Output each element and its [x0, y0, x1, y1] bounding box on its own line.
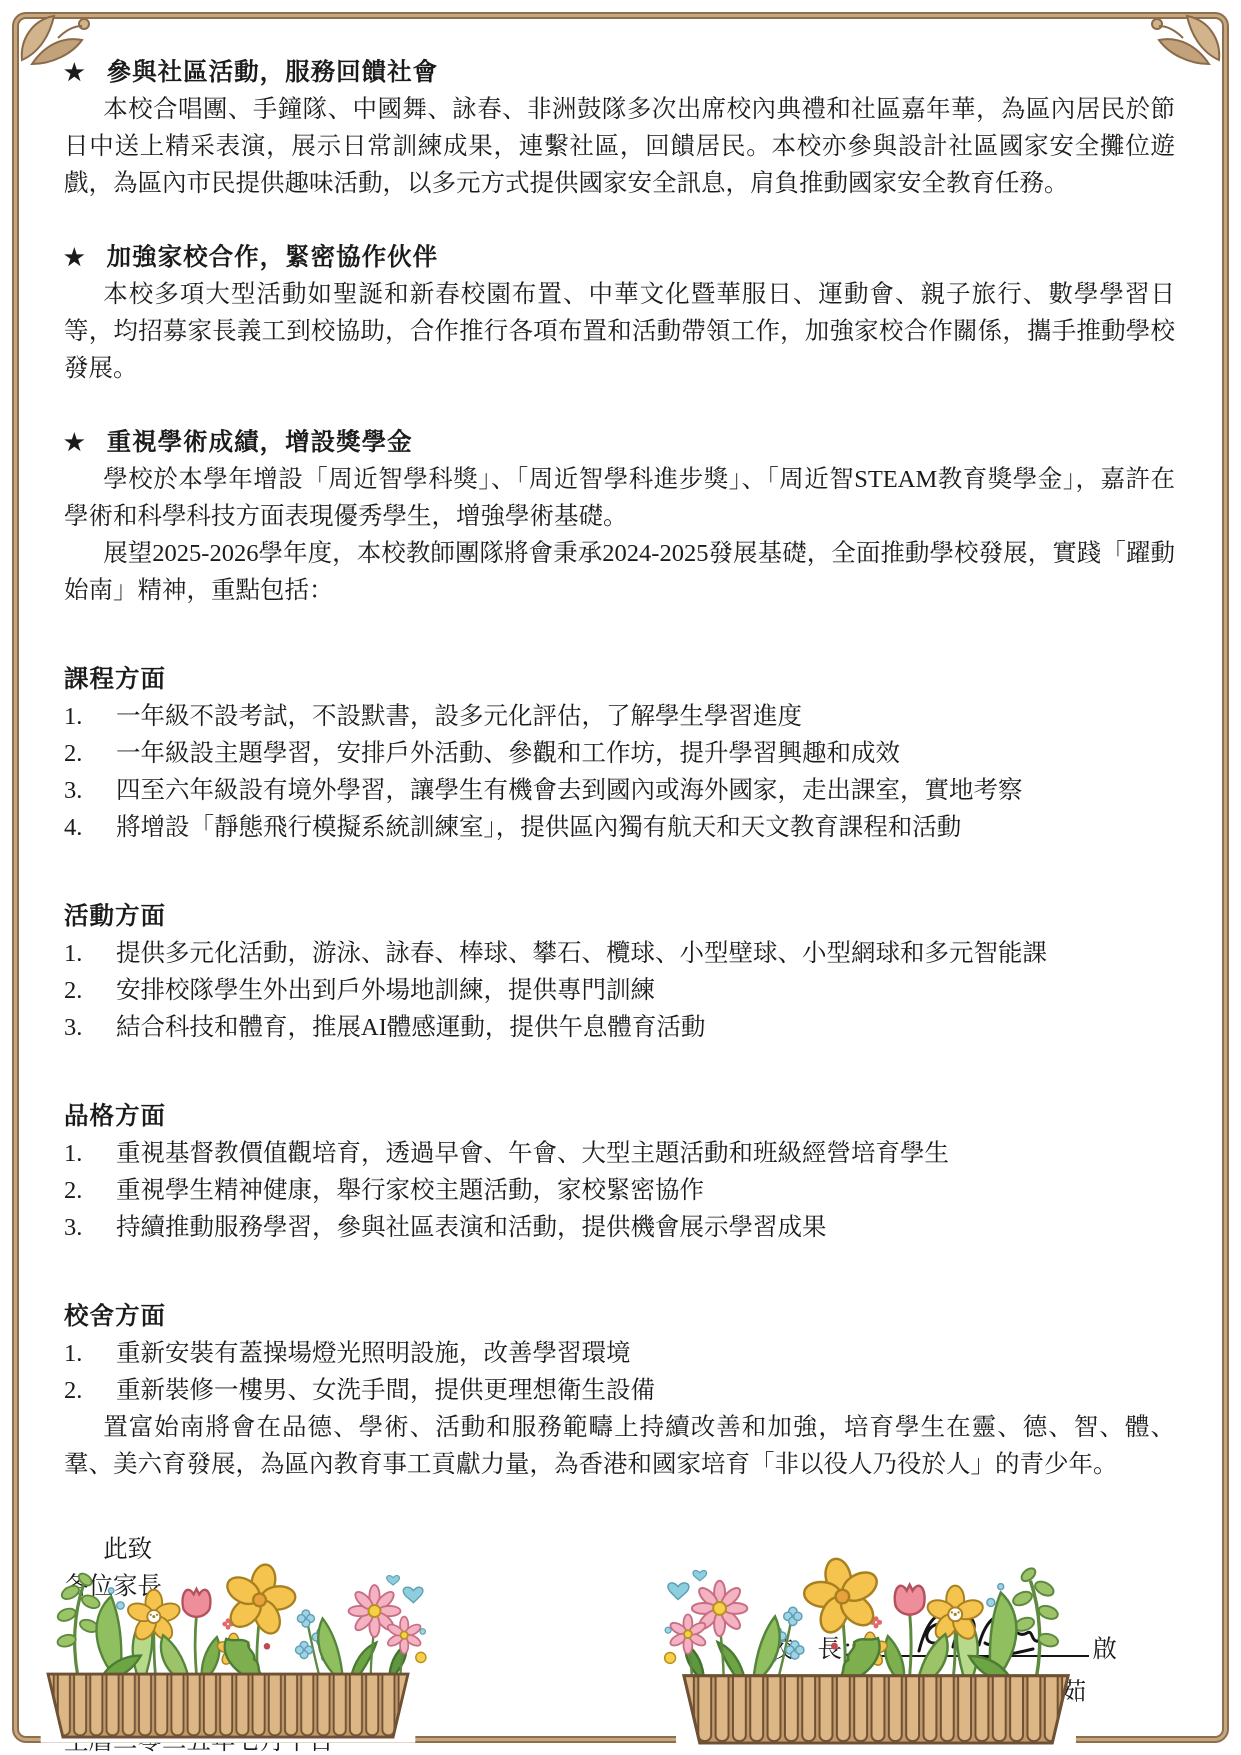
- section-body: 學校於本學年增設「周近智學科獎」、「周近智學科進步獎」、「周近智STEAM教育獎…: [64, 461, 1175, 535]
- item-number: 2.: [64, 972, 116, 1009]
- section-title: 加強家校合作，緊密協作伙伴: [107, 239, 439, 276]
- section-home-school: ★ 加強家校合作，緊密協作伙伴 本校多項大型活動如聖誕和新春校園布置、中華文化暨…: [64, 239, 1175, 387]
- list-heading: 校舍方面: [64, 1298, 1175, 1335]
- item-number: 3.: [64, 772, 116, 809]
- item-text: 一年級不設考試，不設默書，設多元化評估，了解學生學習進度: [116, 698, 1175, 735]
- section-body: 本校合唱團、手鐘隊、中國舞、詠春、非洲鼓隊多次出席校內典禮和社區嘉年華，為區內居…: [64, 91, 1175, 202]
- list-item: 2.一年級設主題學習，安排戶外活動、參觀和工作坊，提升學習興趣和成效: [64, 735, 1175, 772]
- list-campus: 校舍方面 1.重新安裝有蓋操場燈光照明設施，改善學習環境 2.重新裝修一樓男、女…: [64, 1298, 1175, 1409]
- list-item: 3.四至六年級設有境外學習，讓學生有機會去到國內或海外國家，走出課室，實地考察: [64, 772, 1175, 809]
- item-text: 持續推動服務學習，參與社區表演和活動，提供機會展示學習成果: [116, 1209, 1175, 1246]
- item-text: 四至六年級設有境外學習，讓學生有機會去到國內或海外國家，走出課室，實地考察: [116, 772, 1175, 809]
- item-number: 2.: [64, 1172, 116, 1209]
- section-heading: ★ 重視學術成績，增設獎學金: [64, 424, 1175, 461]
- list-item: 4.將增設「靜態飛行模擬系統訓練室」，提供區內獨有航天和天文教育課程和活動: [64, 809, 1175, 846]
- section-academic: ★ 重視學術成績，增設獎學金 學校於本學年增設「周近智學科獎」、「周近智學科進步…: [64, 424, 1175, 535]
- section-heading: ★ 加強家校合作，緊密協作伙伴: [64, 239, 1175, 276]
- star-icon: ★: [64, 424, 85, 461]
- section-title: 參與社區活動，服務回饋社會: [107, 54, 439, 91]
- item-number: 2.: [64, 1372, 116, 1409]
- item-text: 將增設「靜態飛行模擬系統訓練室」，提供區內獨有航天和天文教育課程和活動: [116, 809, 1175, 846]
- list-item: 3.結合科技和體育，推展AI體感運動，提供午息體育活動: [64, 1009, 1175, 1046]
- item-number: 2.: [64, 735, 116, 772]
- letter-content: ★ 參與社區活動，服務回饋社會 本校合唱團、手鐘隊、中國舞、詠春、非洲鼓隊多次出…: [20, 20, 1221, 1755]
- item-number: 1.: [64, 1335, 116, 1372]
- flower-planter-illustration: [24, 1551, 432, 1749]
- letter-page: ★ 參與社區活動，服務回饋社會 本校合唱團、手鐘隊、中國舞、詠春、非洲鼓隊多次出…: [0, 0, 1241, 1755]
- list-item: 1.提供多元化活動，游泳、詠春、棒球、攀石、欖球、小型壁球、小型網球和多元智能課: [64, 935, 1175, 972]
- closing-paragraph: 置富始南將會在品德、學術、活動和服務範疇上持續改善和加強，培育學生在靈、德、智、…: [64, 1409, 1175, 1483]
- corner-flourish-icon: [14, 8, 96, 68]
- list-item: 2.安排校隊學生外出到戶外場地訓練，提供專門訓練: [64, 972, 1175, 1009]
- item-number: 1.: [64, 1135, 116, 1172]
- list-activities: 活動方面 1.提供多元化活動，游泳、詠春、棒球、攀石、欖球、小型壁球、小型網球和…: [64, 898, 1175, 1046]
- flower-planter-illustration: [652, 1551, 1100, 1749]
- item-text: 重新安裝有蓋操場燈光照明設施，改善學習環境: [116, 1335, 1175, 1372]
- corner-flourish-icon: [1145, 8, 1227, 68]
- item-text: 重視學生精神健康，舉行家校主題活動，家校緊密協作: [116, 1172, 1175, 1209]
- item-text: 提供多元化活動，游泳、詠春、棒球、攀石、欖球、小型壁球、小型網球和多元智能課: [116, 935, 1175, 972]
- list-heading: 活動方面: [64, 898, 1175, 935]
- list-item: 1.一年級不設考試，不設默書，設多元化評估，了解學生學習進度: [64, 698, 1175, 735]
- item-text: 一年級設主題學習，安排戶外活動、參觀和工作坊，提升學習興趣和成效: [116, 735, 1175, 772]
- section-title: 重視學術成績，增設獎學金: [107, 424, 413, 461]
- section-body: 本校多項大型活動如聖誕和新春校園布置、中華文化暨華服日、運動會、親子旅行、數學學…: [64, 276, 1175, 387]
- list-curriculum: 課程方面 1.一年級不設考試，不設默書，設多元化評估，了解學生學習進度 2.一年…: [64, 661, 1175, 846]
- outlook-paragraph: 展望2025-2026學年度，本校教師團隊將會秉承2024-2025發展基礎，全…: [64, 535, 1175, 609]
- item-number: 3.: [64, 1009, 116, 1046]
- list-item: 1.重視基督教價值觀培育，透過早會、午會、大型主題活動和班級經營培育學生: [64, 1135, 1175, 1172]
- item-text: 重視基督教價值觀培育，透過早會、午會、大型主題活動和班級經營培育學生: [116, 1135, 1175, 1172]
- item-number: 3.: [64, 1209, 116, 1246]
- section-heading: ★ 參與社區活動，服務回饋社會: [64, 54, 1175, 91]
- section-community: ★ 參與社區活動，服務回饋社會 本校合唱團、手鐘隊、中國舞、詠春、非洲鼓隊多次出…: [64, 54, 1175, 202]
- list-heading: 課程方面: [64, 661, 1175, 698]
- item-text: 安排校隊學生外出到戶外場地訓練，提供專門訓練: [116, 972, 1175, 1009]
- list-item: 2.重新裝修一樓男、女洗手間，提供更理想衛生設備: [64, 1372, 1175, 1409]
- item-number: 1.: [64, 935, 116, 972]
- item-number: 1.: [64, 698, 116, 735]
- list-heading: 品格方面: [64, 1098, 1175, 1135]
- star-icon: ★: [64, 239, 85, 276]
- list-item: 2.重視學生精神健康，舉行家校主題活動，家校緊密協作: [64, 1172, 1175, 1209]
- item-text: 重新裝修一樓男、女洗手間，提供更理想衛生設備: [116, 1372, 1175, 1409]
- item-text: 結合科技和體育，推展AI體感運動，提供午息體育活動: [116, 1009, 1175, 1046]
- list-character: 品格方面 1.重視基督教價值觀培育，透過早會、午會、大型主題活動和班級經營培育學…: [64, 1098, 1175, 1246]
- list-item: 1.重新安裝有蓋操場燈光照明設施，改善學習環境: [64, 1335, 1175, 1372]
- item-number: 4.: [64, 809, 116, 846]
- list-item: 3.持續推動服務學習，參與社區表演和活動，提供機會展示學習成果: [64, 1209, 1175, 1246]
